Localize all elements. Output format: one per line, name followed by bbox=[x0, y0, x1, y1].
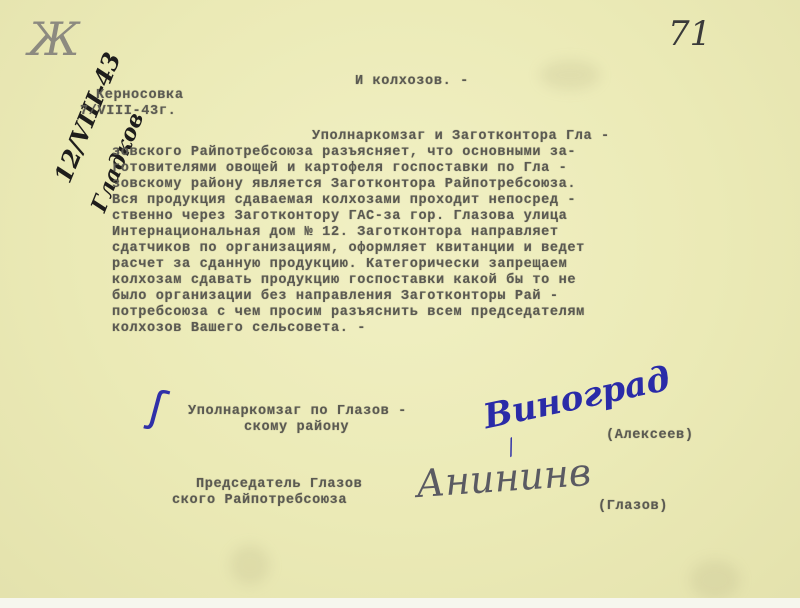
signatory-title-line-2: ского Райпотребсоюза bbox=[172, 493, 347, 508]
addressee-line-1: Керносовка bbox=[96, 88, 184, 103]
margin-initials: Ж bbox=[28, 12, 80, 66]
handwritten-signature-blue: Виноград bbox=[480, 359, 674, 438]
paper-stain bbox=[690, 560, 740, 598]
body-line: зовскому району является Заготконтора Ра… bbox=[112, 177, 576, 192]
page-number: 71 bbox=[668, 14, 711, 54]
body-line: сдатчиков по организациям, оформляет кви… bbox=[112, 241, 585, 256]
body-line: ственно через Заготконтору ГАС-за гор. Г… bbox=[112, 209, 567, 224]
body-line: колхозам сдавать продукцию госпоставки к… bbox=[112, 273, 576, 288]
blue-ink-tick-mark: ʃ bbox=[144, 381, 171, 434]
signatory-title-line-1: Председатель Глазов bbox=[196, 477, 362, 492]
scan-border bbox=[0, 598, 800, 608]
body-line: Интернациональная дом № 12. Заготконтора… bbox=[112, 225, 559, 240]
signatory-title-line-1: Уполнаркомзаг по Глазов - bbox=[188, 404, 407, 419]
body-line: было организации без направления Заготко… bbox=[112, 289, 559, 304]
body-line: расчет за сданную продукцию. Категоричес… bbox=[112, 257, 567, 272]
handwritten-signature-pencil: Анининв bbox=[415, 450, 593, 506]
paper-stain bbox=[230, 545, 270, 585]
document-heading: И колхозов. - bbox=[355, 74, 469, 89]
body-line: готовителями овощей и картофеля госпоста… bbox=[112, 161, 567, 176]
signatory-name: (Алексеев) bbox=[606, 428, 694, 443]
body-line: Уполнаркомзаг и Заготконтора Гла - bbox=[312, 129, 610, 144]
body-line: зовского Райпотребсоюза разъясняет, что … bbox=[112, 145, 576, 160]
body-line: колхозов Вашего сельсовета. - bbox=[112, 321, 366, 336]
signatory-title-line-2: скому району bbox=[244, 420, 349, 435]
document-page: 71 Ж 12/VIII-43 Гладков Керносовка 7/VII… bbox=[0, 0, 800, 598]
body-line: Вся продукция сдаваемая колхозами проход… bbox=[112, 193, 576, 208]
addressee-line-2: 7/VIII-43г. bbox=[80, 104, 176, 119]
signatory-name: (Глазов) bbox=[598, 499, 668, 514]
body-line: потребсоюза с чем просим разъяснить всем… bbox=[112, 305, 585, 320]
paper-stain bbox=[540, 60, 600, 90]
